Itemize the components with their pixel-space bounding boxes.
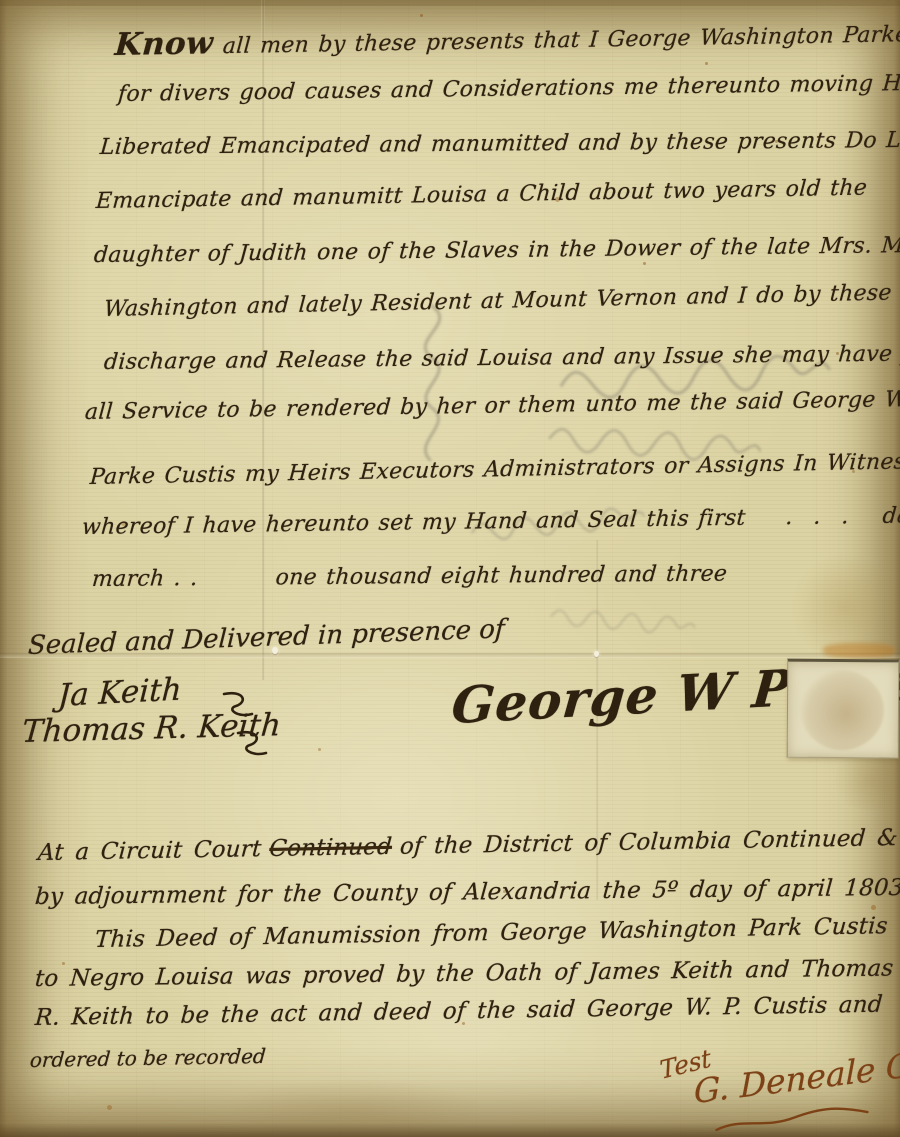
right-edge-shadow: [894, 0, 900, 1137]
court-line-1-suffix: of the District of Columbia Continued & …: [399, 824, 900, 860]
court-line-6: ordered to be recorded: [29, 1044, 267, 1072]
court-line-1-prefix: At a Circuit Court: [37, 836, 262, 866]
witness-flourish-2: [232, 727, 272, 765]
deed-date-year-words: one thousand eight hundred and three: [275, 561, 729, 590]
court-struck-word: Continued: [268, 834, 392, 862]
deed-line-9: Parke Custis my Heirs Executors Administ…: [89, 449, 900, 490]
deed-line-2: for divers good causes and Consideration…: [117, 70, 900, 107]
left-edge-shadow: [0, 0, 7, 1137]
ink-bleed-ghost-line-4: [547, 595, 699, 645]
deed-line-10-text: whereof I have hereunto set my Hand and …: [81, 506, 746, 540]
witness-signature-james-keith: Ja Keith: [57, 671, 183, 714]
court-line-5: R. Keith to be the act and deed of the s…: [34, 992, 884, 1031]
court-line-3: This Deed of Manumission from George Was…: [94, 913, 889, 953]
fold-hole-right: [594, 651, 599, 657]
court-line-4: to Negro Louisa was proved by the Oath o…: [34, 955, 894, 992]
deed-date-month: march . .: [91, 566, 199, 592]
deed-line-1-text: all men by these presents that I George …: [222, 21, 900, 59]
court-line-2: by adjournment for the County of Alexand…: [34, 875, 900, 910]
foxing-speckles: [420, 14, 423, 17]
deed-opening-word: Know: [114, 25, 215, 63]
court-line-1: At a Circuit CourtContinuedof the Distri…: [37, 824, 900, 866]
deed-date-line: march . .one thousand eight hundred and …: [91, 561, 728, 592]
deed-line-4: Emancipate and manumitt Louisa a Child a…: [95, 176, 868, 214]
deed-line-10-dayof: day of: [882, 503, 900, 529]
seal-stain: [800, 670, 885, 751]
deed-line-1: Knowall men by these presents that I Geo…: [114, 12, 900, 63]
deed-line-6: Washington and lately Resident at Mount …: [103, 278, 900, 322]
deed-line-10-dots: . . .: [785, 504, 856, 530]
deed-line-5: daughter of Judith one of the Slaves in …: [93, 232, 900, 268]
wafer-seal: [787, 659, 900, 759]
deed-line-8: all Service to be rendered by her or the…: [84, 385, 900, 425]
ink-bleed-ghost-loops: [398, 300, 468, 470]
top-edge-shadow: [0, 0, 900, 6]
manuscript-page: Knowall men by these presents that I Geo…: [0, 0, 900, 1137]
deed-line-3: Liberated Emancipated and manumitted and…: [99, 127, 900, 160]
